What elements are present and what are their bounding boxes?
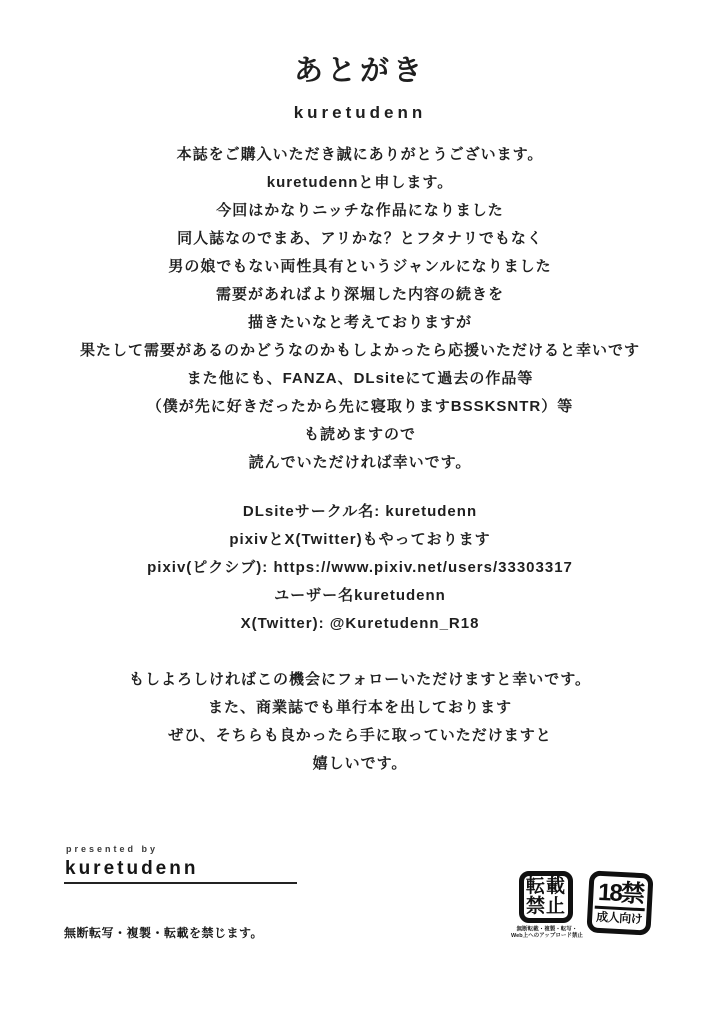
sns-note-line: pixivとX(Twitter)もやっております: [0, 526, 720, 554]
twitter-handle: X(Twitter): @Kuretudenn_R18: [0, 610, 720, 638]
afterword-line: kuretudennと申します。: [0, 169, 720, 197]
afterword-line: また他にも、FANZA、DLsiteにて過去の作品等: [0, 365, 720, 393]
afterword-line: 嬉しいです。: [0, 750, 720, 778]
page-title: あとがき: [0, 48, 720, 89]
no-repost-stamp-caption: 無断転載・複製・転写・ Web上へのアップロード禁止: [509, 927, 584, 940]
author-underline: [64, 882, 297, 884]
r18-stamp: 18禁 成人向け: [586, 870, 653, 935]
afterword-line: 果たして需要があるのかどうなのかもしよかったら応援いただけると幸いです: [0, 337, 720, 365]
r18-stamp-bottom-label: 成人向け: [596, 910, 643, 925]
afterword-line: また、商業誌でも単行本を出しております: [0, 694, 720, 722]
pixiv-username: ユーザー名kuretudenn: [0, 582, 720, 610]
afterword-line: ぜひ、そちらも良かったら手に取っていただけますと: [0, 722, 720, 750]
afterword-paragraph-1: 本誌をご購入いただき誠にありがとうございます。 kuretudennと申します。…: [0, 141, 720, 477]
afterword-page: あとがき kuretudenn 本誌をご購入いただき誠にありがとうございます。 …: [0, 0, 720, 1017]
contact-info-paragraph: DLsiteサークル名: kuretudenn pixivとX(Twitter)…: [0, 498, 720, 638]
no-repost-stamp-line1: 転載: [526, 877, 566, 897]
afterword-line: （僕が先に好きだったから先に寝取りますBSSKSNTR）等: [0, 393, 720, 421]
afterword-line: もしよろしければこの機会にフォローいただけますと幸いです。: [0, 666, 720, 694]
presented-by-label: presented by: [66, 844, 158, 854]
copyright-notice: 無断転写・複製・転載を禁じます。: [64, 924, 263, 941]
dlsite-circle-name: DLsiteサークル名: kuretudenn: [0, 498, 720, 526]
afterword-line: も読めますので: [0, 421, 720, 449]
no-repost-stamp-line2: 禁止: [526, 897, 566, 917]
afterword-line: 描きたいなと考えておりますが: [0, 309, 720, 337]
afterword-line: 読んでいただければ幸いです。: [0, 449, 720, 477]
afterword-line: 男の娘でもない両性具有というジャンルになりました: [0, 253, 720, 281]
pixiv-url: pixiv(ピクシブ): https://www.pixiv.net/users…: [0, 554, 720, 582]
afterword-line: 需要があればより深堀した内容の続きを: [0, 281, 720, 309]
author-name-heading: kuretudenn: [0, 103, 720, 123]
footer-author-name: kuretudenn: [65, 858, 198, 880]
no-repost-stamp: 転載 禁止: [519, 871, 573, 923]
no-repost-caption-line2: Web上へのアップロード禁止: [509, 933, 584, 939]
r18-stamp-top-label: 18禁: [598, 880, 644, 906]
afterword-line: 今回はかなりニッチな作品になりました: [0, 197, 720, 225]
closing-paragraph: もしよろしければこの機会にフォローいただけますと幸いです。 また、商業誌でも単行…: [0, 666, 720, 778]
afterword-line: 本誌をご購入いただき誠にありがとうございます。: [0, 141, 720, 169]
afterword-line: 同人誌なのでまあ、アリかな？とフタナリでもなく: [0, 225, 720, 253]
